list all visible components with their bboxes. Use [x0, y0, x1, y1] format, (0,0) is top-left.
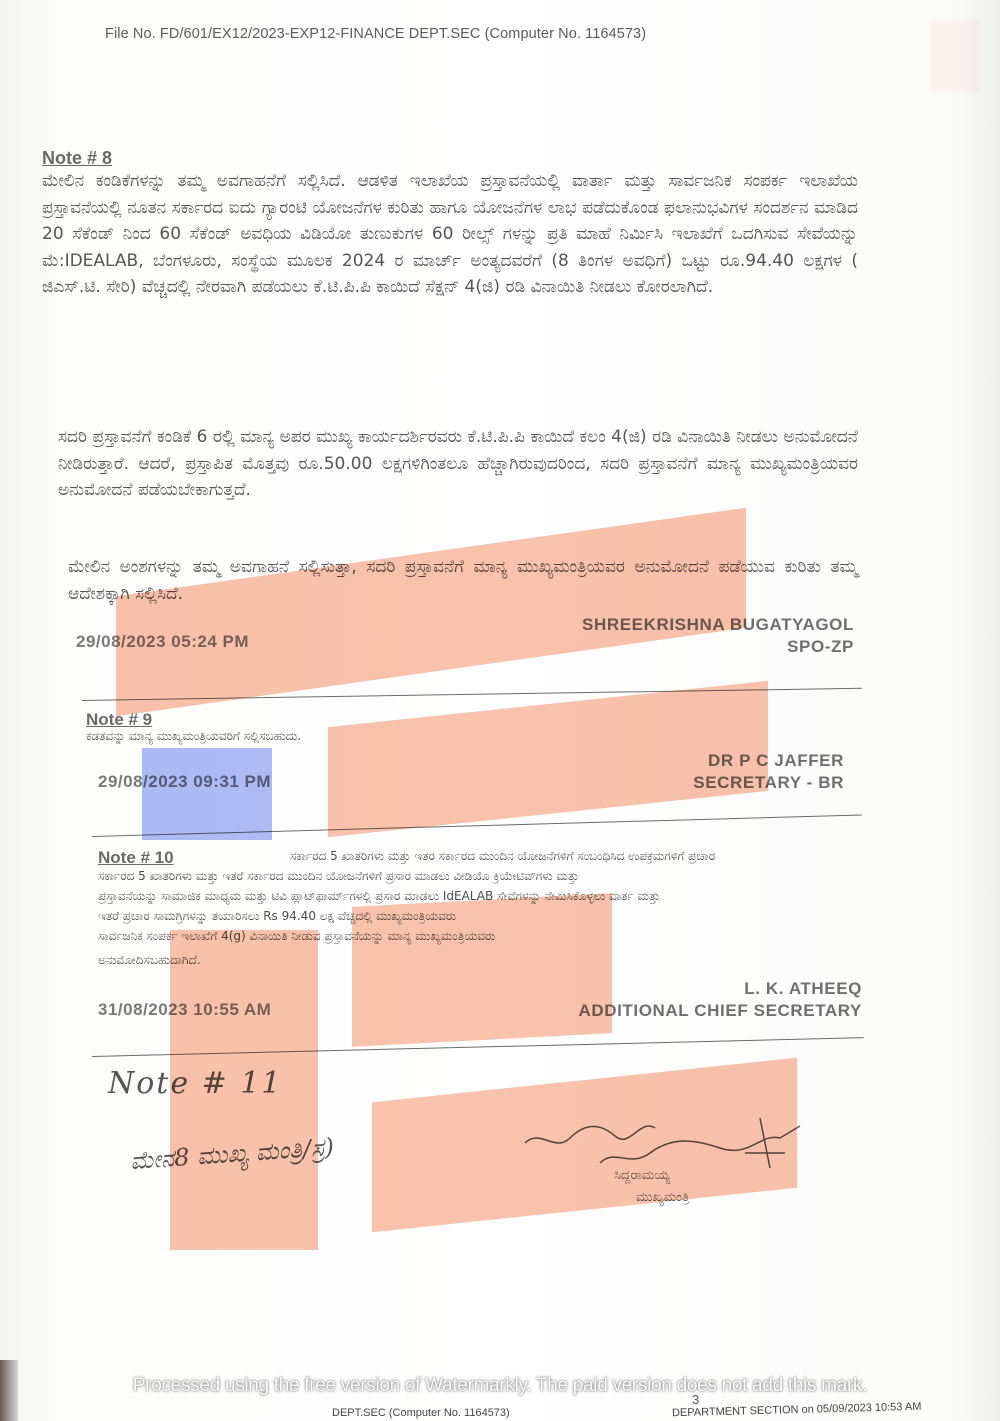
redaction-overlay-blue [142, 748, 272, 840]
note-10-line-1: ಸರ್ಕಾರದ 5 ಖಾತರಿಗಳು ಮತ್ತು ಇತರ ಸರ್ಕಾರದ ಮುಂ… [290, 846, 715, 866]
note-8-paragraph-1: ಮೇಲಿನ ಕಂಡಿಕೆಗಳನ್ನು ತಮ್ಮ ಅವಗಾಹನೆಗೆ ಸಲ್ಲಿಸ… [42, 168, 858, 301]
redaction-overlay [328, 681, 768, 837]
redaction-overlay [930, 20, 980, 92]
redaction-overlay [372, 1058, 797, 1233]
note-10-signatory-designation: ADDITIONAL CHIEF SECRETARY [578, 1000, 862, 1022]
footer-partial-left: DEPT.SEC (Computer No. 1164573) [332, 1407, 510, 1419]
file-number-header: File No. FD/601/EX12/2023-EXP12-FINANCE … [105, 26, 646, 42]
note-8-paragraph-2: ಸದರಿ ಪ್ರಸ್ತಾವನೆಗೆ ಕಂಡಿಕೆ 6 ರಲ್ಲಿ ಮಾನ್ಯ ಅ… [58, 424, 858, 504]
redaction-overlay [116, 508, 746, 717]
note-10-title: Note # 10 [98, 848, 174, 868]
redaction-overlay [170, 930, 318, 1250]
watermark-text: Processed using the free version of Wate… [0, 1375, 1000, 1397]
document-page: File No. FD/601/EX12/2023-EXP12-FINANCE … [0, 0, 1000, 1421]
note-10-signatory-name: L. K. ATHEEQ [578, 978, 862, 1000]
note-8-title: Note # 8 [42, 148, 112, 169]
note-10-line-2: ಸರ್ಕಾರದ 5 ಖಾತರಿಗಳು ಮತ್ತು ಇತರೆ ಸರ್ಕಾರದ ಮು… [98, 866, 858, 886]
redaction-overlay [352, 893, 612, 1047]
footer-partial-right: DEPARTMENT SECTION on 05/09/2023 10:53 A… [672, 1401, 922, 1420]
note-10-signatory: L. K. ATHEEQ ADDITIONAL CHIEF SECRETARY [578, 978, 862, 1022]
page-number: 3 [692, 1392, 699, 1407]
